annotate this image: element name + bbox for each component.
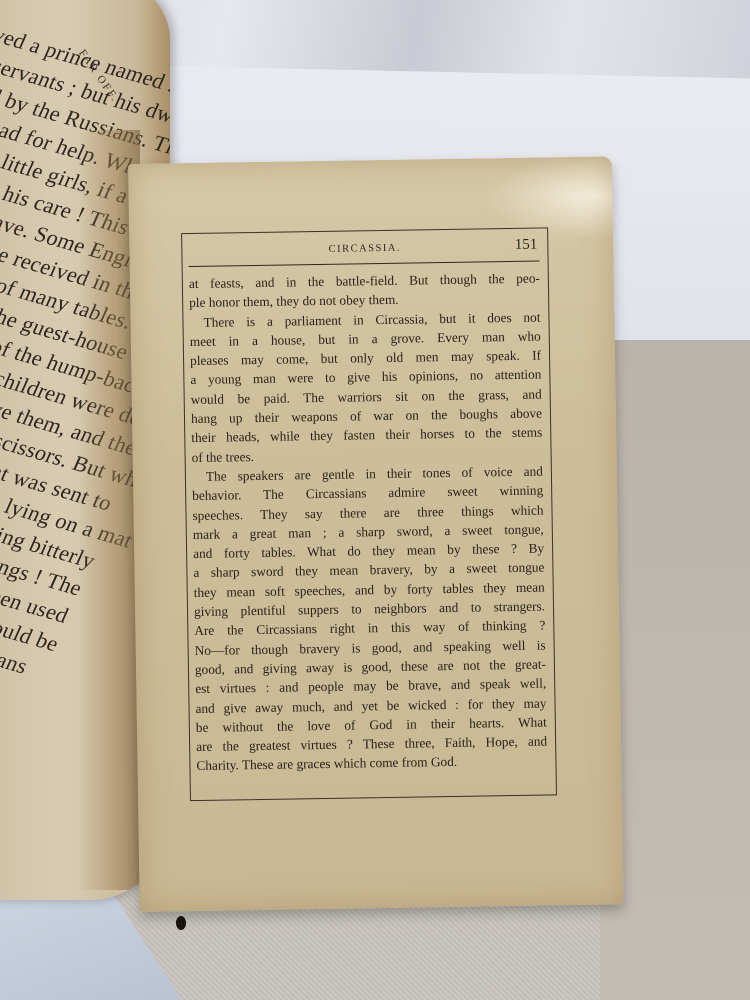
page-number: 151: [515, 237, 538, 254]
text-line: Charity. These are graces which come fro…: [196, 751, 547, 776]
running-head-title: CIRCASSIA.: [182, 240, 547, 257]
running-head: CIRCASSIA. 151: [182, 236, 547, 262]
text-frame: CIRCASSIA. 151 at feasts, and in the bat…: [181, 227, 557, 801]
right-page: CIRCASSIA. 151 at feasts, and in the bat…: [128, 156, 624, 912]
ink-spot: [176, 916, 186, 930]
header-rule: [189, 261, 540, 268]
page-body-text: at feasts, and in the battle-field. But …: [189, 269, 548, 776]
